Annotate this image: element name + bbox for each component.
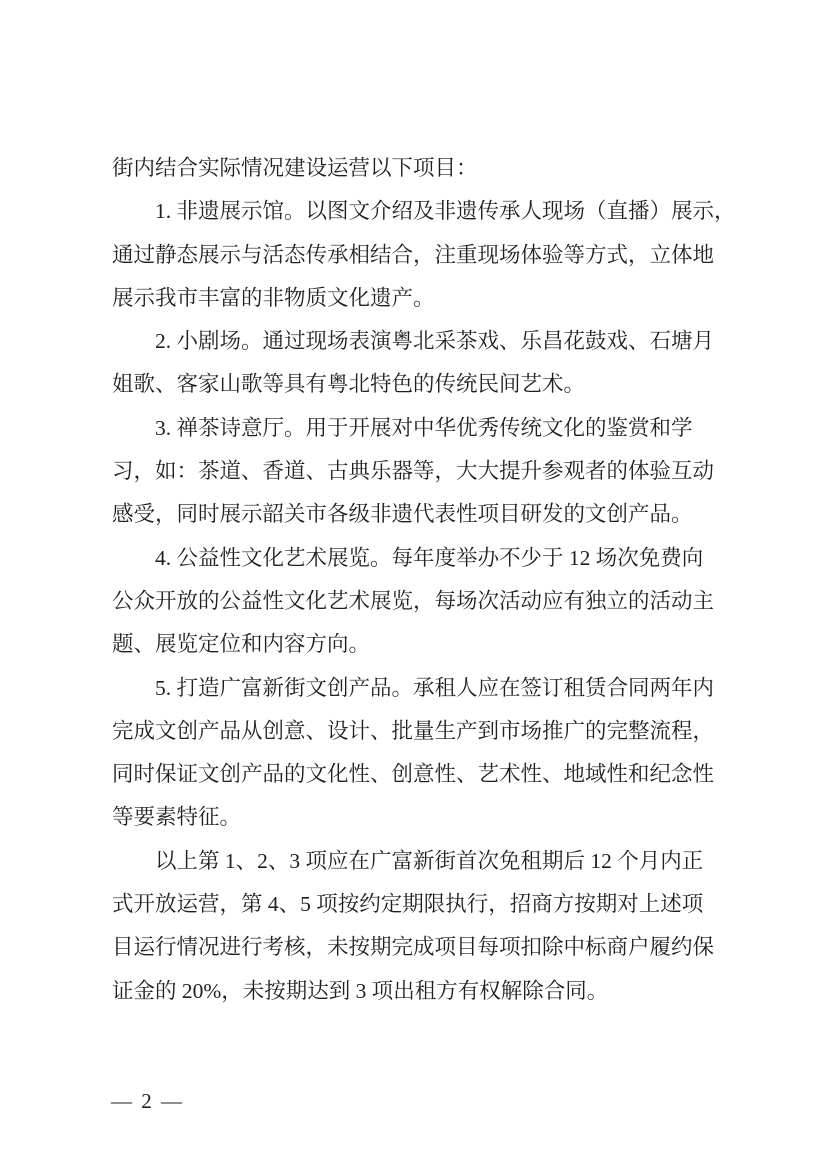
body-line: 习，如：茶道、香道、古典乐器等，大大提升参观者的体验互动 <box>112 450 718 493</box>
body-line: 3. 禅茶诗意厅。用于开展对中华优秀传统文化的鉴赏和学 <box>112 407 718 450</box>
body-line: 姐歌、客家山歌等具有粤北特色的传统民间艺术。 <box>112 363 718 406</box>
document-page: 街内结合实际情况建设运营以下项目： 1. 非遗展示馆。以图文介绍及非遗传承人现场… <box>0 0 827 1170</box>
body-line: 4. 公益性文化艺术展览。每年度举办不少于 12 场次免费向 <box>112 537 718 580</box>
body-line: 以上第 1、2、3 项应在广富新街首次免租期后 12 个月内正 <box>112 840 718 883</box>
body-line: 同时保证文创产品的文化性、创意性、艺术性、地域性和纪念性 <box>112 753 718 796</box>
body-line: 街内结合实际情况建设运营以下项目： <box>112 147 718 190</box>
body-line: 式开放运营，第 4、5 项按约定期限执行，招商方按期对上述项 <box>112 883 718 926</box>
body-line: 公众开放的公益性文化艺术展览，每场次活动应有独立的活动主 <box>112 580 718 623</box>
body-line: 完成文创产品从创意、设计、批量生产到市场推广的完整流程， <box>112 710 718 753</box>
body-line: 题、展览定位和内容方向。 <box>112 623 718 666</box>
body-line: 5. 打造广富新街文创产品。承租人应在签订租赁合同两年内 <box>112 667 718 710</box>
body-line: 1. 非遗展示馆。以图文介绍及非遗传承人现场（直播）展示， <box>112 190 718 233</box>
body-line: 2. 小剧场。通过现场表演粤北采茶戏、乐昌花鼓戏、石塘月 <box>112 320 718 363</box>
body-line: 等要素特征。 <box>112 796 718 839</box>
body-line: 通过静态展示与活态传承相结合，注重现场体验等方式，立体地 <box>112 234 718 277</box>
body-line: 展示我市丰富的非物质文化遗产。 <box>112 277 718 320</box>
page-number: — 2 — <box>111 1088 184 1114</box>
body-line: 感受，同时展示韶关市各级非遗代表性项目研发的文创产品。 <box>112 493 718 536</box>
document-body: 街内结合实际情况建设运营以下项目： 1. 非遗展示馆。以图文介绍及非遗传承人现场… <box>112 147 718 1013</box>
body-line: 目运行情况进行考核，未按期完成项目每项扣除中标商户履约保 <box>112 926 718 969</box>
body-line: 证金的 20%，未按期达到 3 项出租方有权解除合同。 <box>112 970 718 1013</box>
